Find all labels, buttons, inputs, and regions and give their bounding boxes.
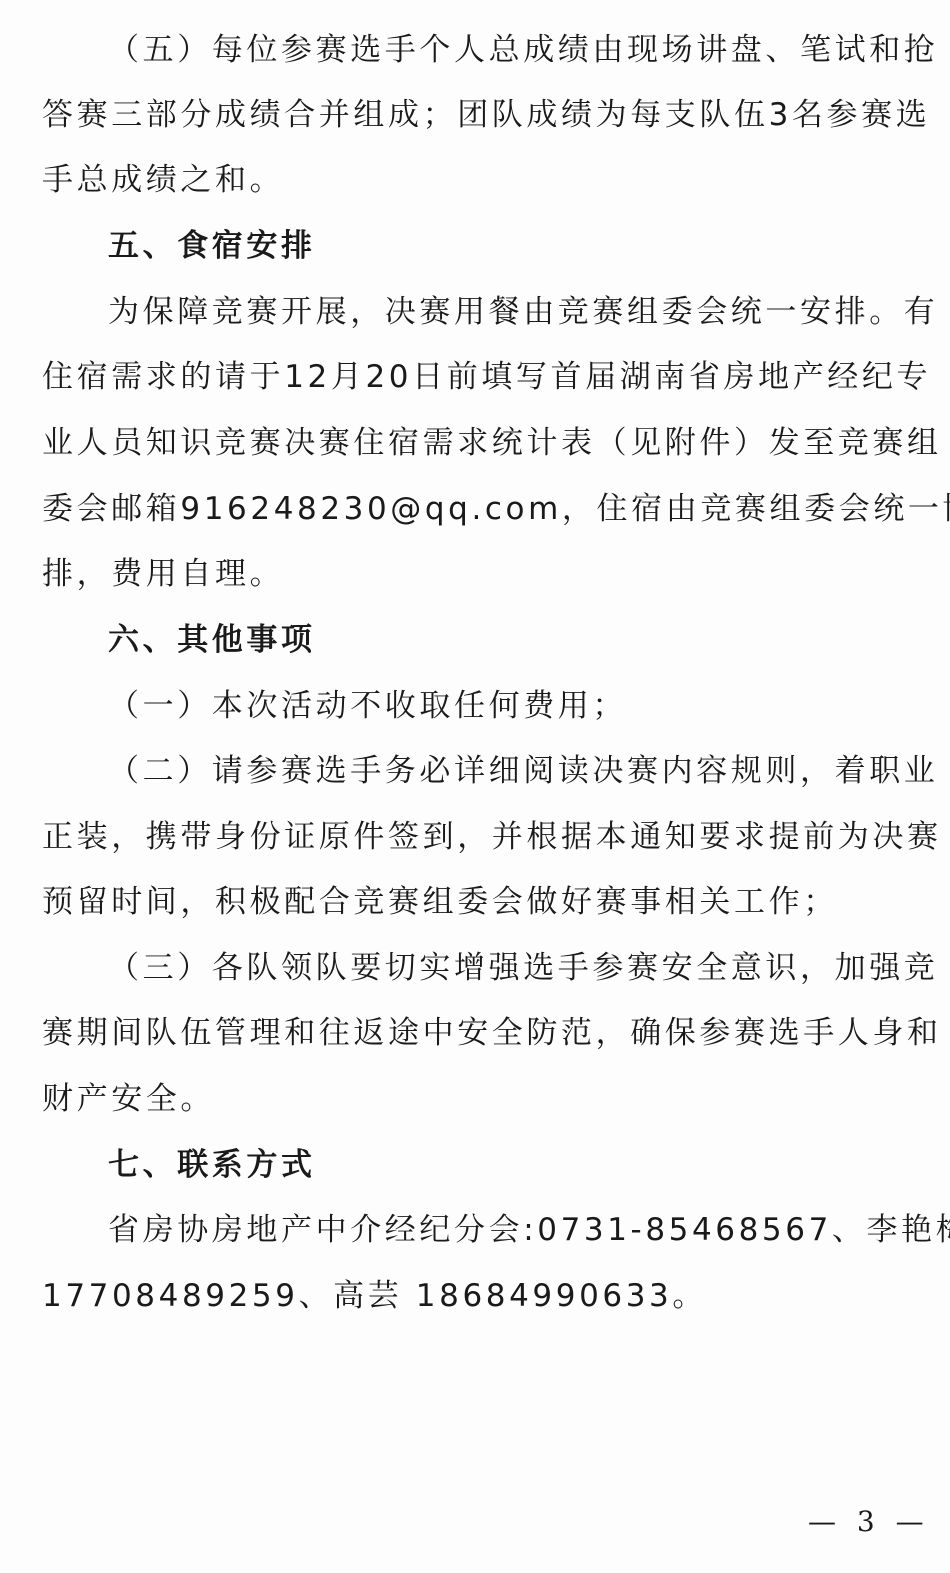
- text-line-email: 委会邮箱916248230@qq.com，住宿由竞赛组委会统一协调安: [42, 489, 950, 529]
- page-number: — 3 —: [808, 1505, 930, 1538]
- text-line: 手总成绩之和。: [42, 160, 284, 200]
- text-line: 答赛三部分成绩合并组成；团队成绩为每支队伍3名参赛选: [42, 95, 930, 135]
- text-line: 赛期间队伍管理和往返途中安全防范，确保参赛选手人身和: [42, 1013, 942, 1053]
- text-line: （五）每位参赛选手个人总成绩由现场讲盘、笔试和抢: [108, 30, 938, 70]
- text-line-contact: 17708489259、高芸 18684990633。: [42, 1276, 707, 1316]
- text-line: （二）请参赛选手务必详细阅读决赛内容规则，着职业: [108, 751, 938, 791]
- text-line: 排，费用自理。: [42, 554, 284, 594]
- text-line: 住宿需求的请于12月20日前填写首届湖南省房地产经纪专: [42, 357, 931, 397]
- text-line: 预留时间，积极配合竞赛组委会做好赛事相关工作；: [42, 882, 838, 922]
- text-line: 财产安全。: [42, 1079, 215, 1119]
- text-line-contact: 省房协房地产中介经纪分会:0731-85468567、李艳梅: [108, 1210, 950, 1250]
- document-page: （五）每位参赛选手个人总成绩由现场讲盘、笔试和抢 答赛三部分成绩合并组成；团队成…: [0, 0, 950, 1573]
- text-line: 为保障竞赛开展，决赛用餐由竞赛组委会统一安排。有: [108, 292, 938, 332]
- section-heading-food: 五、食宿安排: [108, 226, 316, 266]
- section-heading-contact: 七、联系方式: [108, 1145, 316, 1185]
- text-line: （一）本次活动不收取任何费用；: [108, 686, 627, 726]
- text-line: 业人员知识竞赛决赛住宿需求统计表（见附件）发至竞赛组: [42, 423, 942, 463]
- text-line: 正装，携带身份证原件签到，并根据本通知要求提前为决赛: [42, 817, 942, 857]
- section-heading-other: 六、其他事项: [108, 620, 316, 660]
- text-line: （三）各队领队要切实增强选手参赛安全意识，加强竞: [108, 948, 938, 988]
